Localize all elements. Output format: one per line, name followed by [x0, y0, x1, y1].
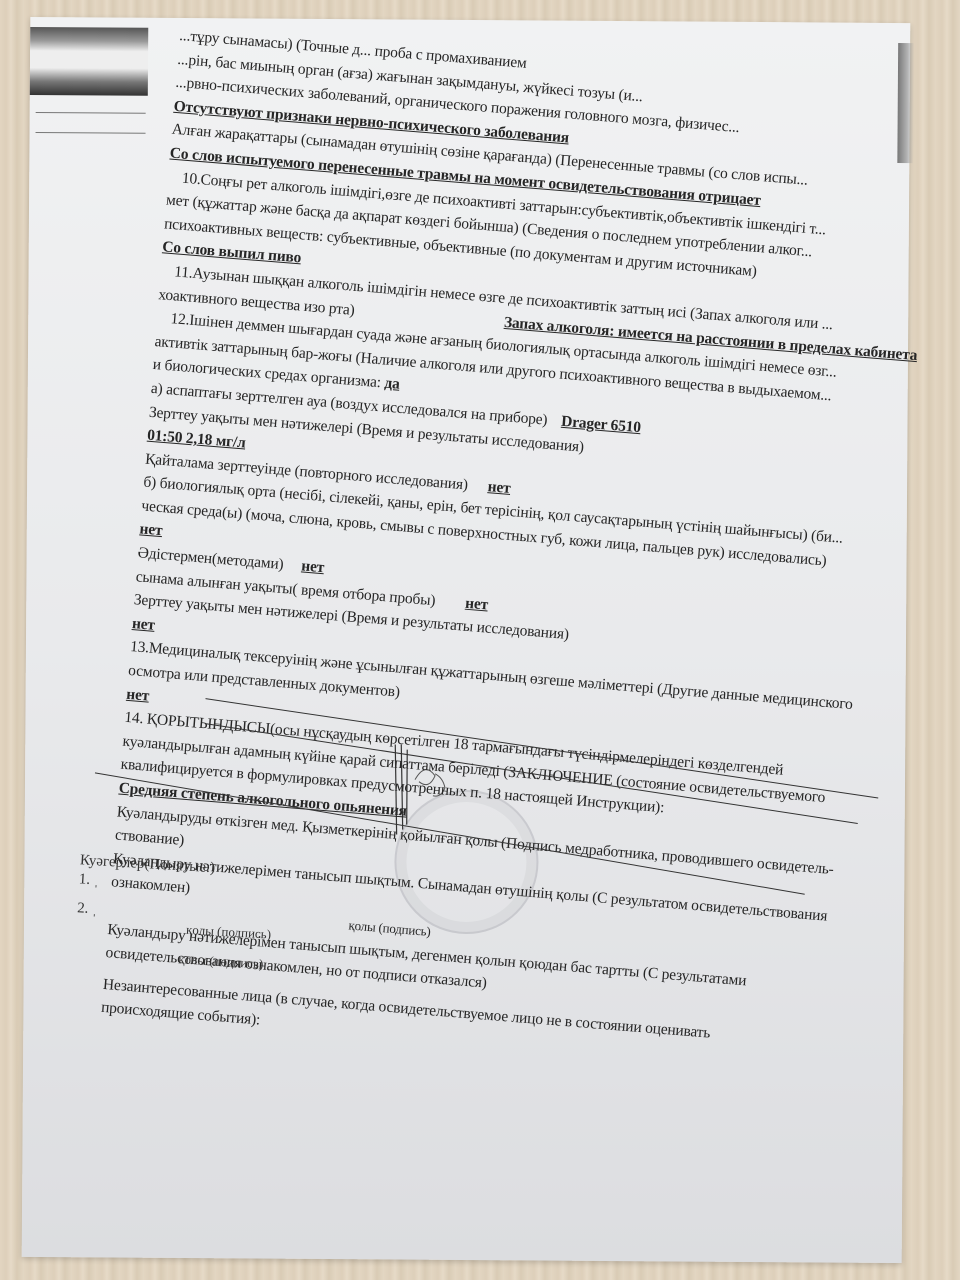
item-12-answer: да	[384, 375, 401, 393]
repeat-test-answer: нет	[487, 478, 511, 497]
methods-answer: нет	[301, 558, 325, 577]
device-name: Drager 6510	[561, 413, 642, 436]
witnesses-block: Куәгерлер(Понятые:) 1. ˌ 2. ˌ қолы (подп…	[74, 852, 275, 972]
torn-stub	[30, 27, 148, 96]
document-page: ...тұру сынамасы) (Точные д... проба с п…	[22, 17, 911, 1263]
sample-time-answer: нет	[465, 594, 489, 613]
stub-rule	[36, 132, 146, 134]
stub-rule	[36, 112, 146, 114]
